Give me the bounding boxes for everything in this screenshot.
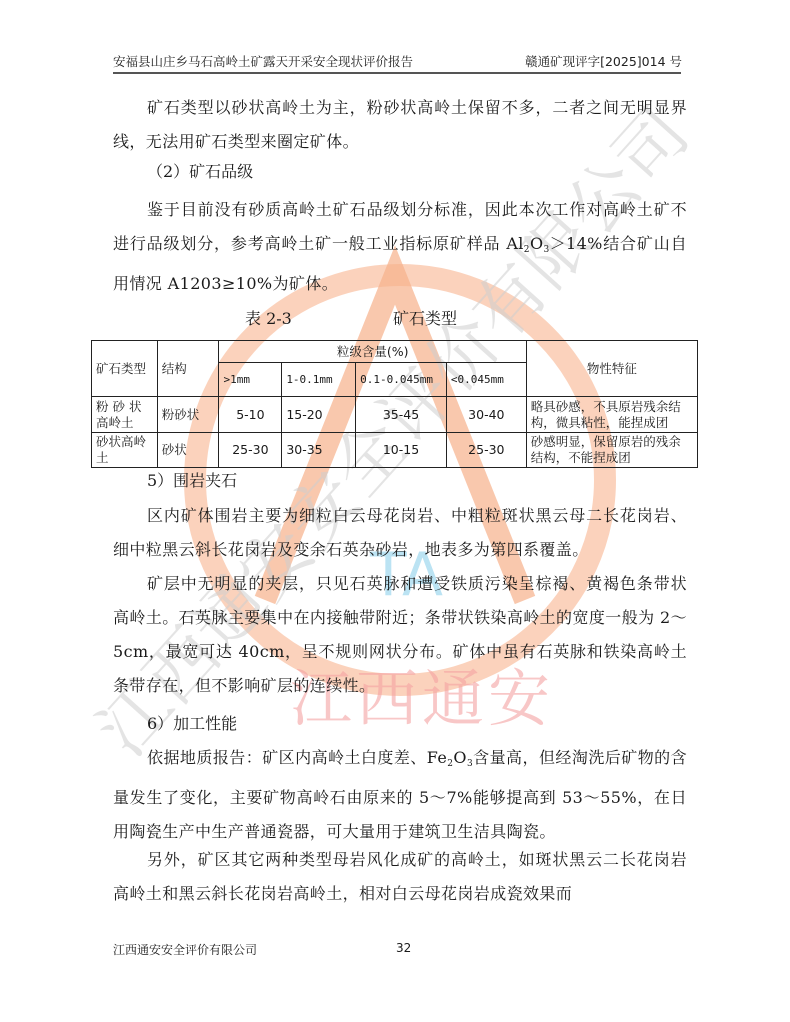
heading-wall-rock: 5）围岩夹石 (147, 468, 237, 491)
cell-value: 10-15 (356, 433, 447, 468)
cell-value: 5-10 (219, 397, 282, 433)
document-header-code: 赣通矿现评字[2025]014 号 (525, 52, 682, 70)
cell-value: 25-30 (446, 433, 526, 468)
table-caption-number: 表 2-3 (245, 306, 292, 329)
table-row: 砂状高岭土 砂状 25-30 30-35 10-15 25-30 砂感明显，保留… (92, 433, 698, 468)
header-size-0.1-0.045mm: 0.1-0.045mm (356, 363, 447, 397)
paragraph-other-types: 另外，矿区其它两种类型母岩风化成矿的高岭土，如斑状黑云二长花岗岩高岭土和黑云斜长… (113, 843, 687, 911)
header-grain-content: 粒级含量(%) (219, 341, 526, 363)
cell-properties: 砂感明显，保留原岩的残余结构，不能捏成团 (526, 433, 697, 468)
paragraph-wall-rock: 区内矿体围岩主要为细粒白云母花岗岩、中粗粒斑状黑云母二长花岗岩、细中粒黑云斜长花… (113, 499, 687, 567)
cell-value: 15-20 (282, 397, 356, 433)
header-size-gt1mm: >1mm (219, 363, 282, 397)
cell-value: 25-30 (219, 433, 282, 468)
cell-structure: 粉砂状 (157, 397, 219, 433)
header-ore-type: 矿石类型 (92, 341, 158, 397)
cell-properties: 略具砂感，不具原岩残余结构，微具粘性，能捏成团 (526, 397, 697, 433)
header-divider (113, 72, 681, 74)
table-caption-title: 矿石类型 (393, 306, 457, 329)
paragraph-ore-grade: 鉴于目前没有砂质高岭土矿石品级划分标准，因此本次工作对高岭土矿不进行品级划分，参… (113, 193, 687, 301)
ore-type-table: 矿石类型 结构 粒级含量(%) 物性特征 >1mm 1-0.1mm 0.1-0.… (91, 340, 698, 468)
header-size-lt0.045mm: <0.045mm (446, 363, 526, 397)
cell-value: 30-35 (282, 433, 356, 468)
paragraph-interlayer: 矿层中无明显的夹层，只见石英脉和遭受铁质污染呈棕褐、黄褐色条带状高岭土。石英脉主… (113, 567, 687, 703)
heading-processing: 6）加工性能 (147, 711, 237, 734)
heading-ore-grade: （2）矿石品级 (147, 159, 253, 182)
cell-ore-type: 砂状高岭土 (92, 433, 158, 468)
cell-ore-type: 粉 砂 状高岭土 (92, 397, 158, 433)
paragraph-processing: 依据地质报告：矿区内高岭土白度差、Fe2O3含量高，但经淘洗后矿物的含量发生了变… (113, 741, 687, 849)
cell-value: 30-40 (446, 397, 526, 433)
paragraph-ore-type: 矿石类型以砂状高岭土为主，粉砂状高岭土保留不多，二者之间无明显界线，无法用矿石类… (113, 91, 687, 159)
table-row: 粉 砂 状高岭土 粉砂状 5-10 15-20 35-45 30-40 略具砂感… (92, 397, 698, 433)
cell-structure: 砂状 (157, 433, 219, 468)
footer-company: 江西通安安全评价有限公司 (113, 941, 257, 958)
page-number: 32 (396, 941, 411, 955)
header-size-1-0.1mm: 1-0.1mm (282, 363, 356, 397)
header-properties: 物性特征 (526, 341, 697, 397)
document-header-title: 安福县山庄乡马石高岭土矿露天开采安全现状评价报告 (113, 52, 413, 70)
header-structure: 结构 (157, 341, 219, 397)
cell-value: 35-45 (356, 397, 447, 433)
